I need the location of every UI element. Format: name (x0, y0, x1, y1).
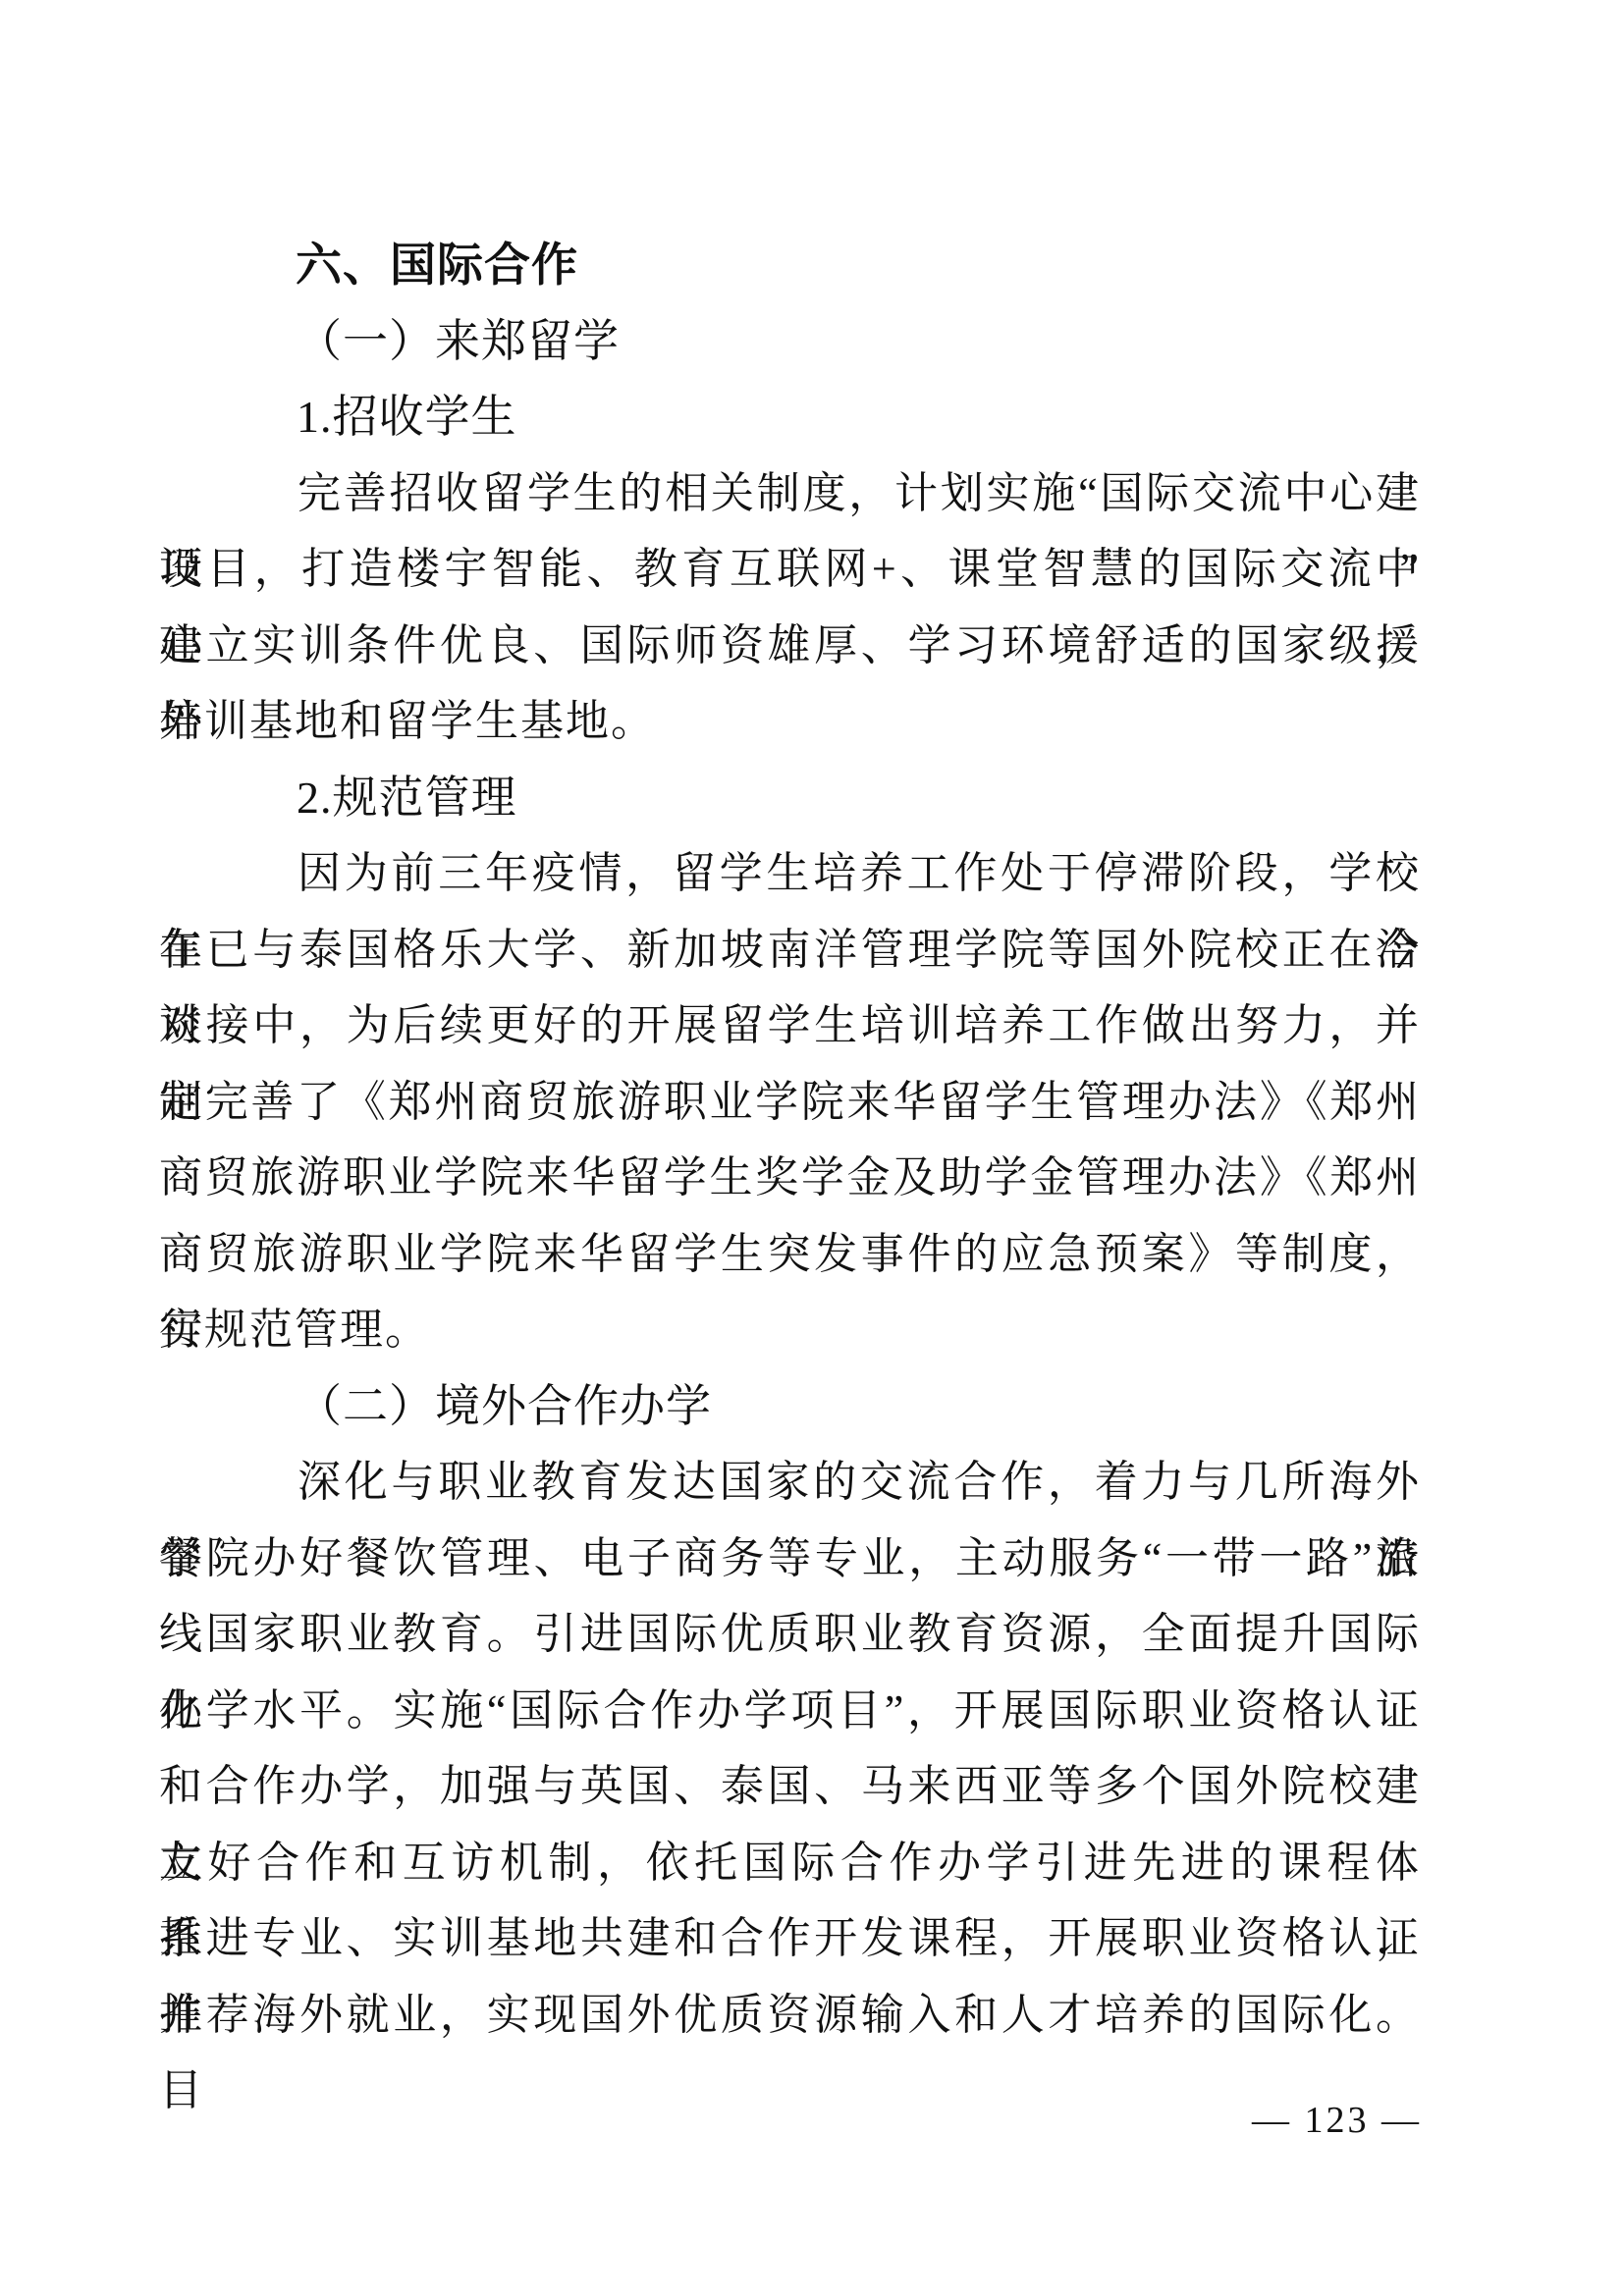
text-line: （一）来郑留学 (159, 303, 1421, 380)
text-line: 商贸旅游职业学院来华留学生突发事件的应急预案》等制度，实 (159, 1216, 1421, 1293)
text-line: 友好合作和互访机制，依托国际合作办学引进先进的课程体系， (159, 1825, 1421, 1901)
text-line: 培训基地和留学生基地。 (159, 683, 1421, 760)
text-line: 年已与泰国格乐大学、新加坡南洋管理学院等国外院校正在洽谈 (159, 912, 1421, 988)
text-line: 因为前三年疫情，留学生培养工作处于停滞阶段，学校在今 (159, 835, 1421, 912)
text-line: 深化与职业教育发达国家的交流合作，着力与几所海外餐旅 (159, 1444, 1421, 1521)
text-line: 定完善了《郑州商贸旅游职业学院来华留学生管理办法》《郑州 (159, 1064, 1421, 1141)
text-line: 完善招收留学生的相关制度，计划实施“国际交流中心建设” (159, 455, 1421, 532)
text-line: 推进专业、实训基地共建和合作开发课程，开展职业资格认证并 (159, 1900, 1421, 1977)
text-line: （二）境外合作办学 (159, 1368, 1421, 1445)
document-page: 六、国际合作（一）来郑留学1.招收学生完善招收留学生的相关制度，计划实施“国际交… (0, 0, 1624, 2296)
text-line: 建立实训条件优良、国际师资雄厚、学习环境舒适的国家级援外 (159, 608, 1421, 684)
text-line: 办学水平。实施“国际合作办学项目”，开展国际职业资格认证 (159, 1673, 1421, 1749)
text-line: 2.规范管理 (159, 760, 1421, 836)
text-line: 对接中，为后续更好的开展留学生培训培养工作做出努力，并制 (159, 988, 1421, 1064)
text-line: 商贸旅游职业学院来华留学生奖学金及助学金管理办法》《郑州 (159, 1140, 1421, 1216)
document-body: 六、国际合作（一）来郑留学1.招收学生完善招收留学生的相关制度，计划实施“国际交… (159, 227, 1421, 2053)
text-line: 1.招收学生 (159, 379, 1421, 455)
text-line: 项目，打造楼宇智能、教育互联网+、课堂智慧的国际交流中心， (159, 531, 1421, 608)
text-line: 线国家职业教育。引进国际优质职业教育资源，全面提升国际化 (159, 1596, 1421, 1673)
text-line: 学院办好餐饮管理、电子商务等专业，主动服务“一带一路”沿 (159, 1521, 1421, 1597)
text-line: 六、国际合作 (159, 227, 1421, 303)
text-line: 行规范管理。 (159, 1292, 1421, 1368)
text-line: 和合作办学，加强与英国、泰国、马来西亚等多个国外院校建立 (159, 1748, 1421, 1825)
text-line: 推荐海外就业，实现国外优质资源输入和人才培养的国际化。目 (159, 1977, 1421, 2054)
page-number: — 123 — (1252, 2099, 1422, 2142)
